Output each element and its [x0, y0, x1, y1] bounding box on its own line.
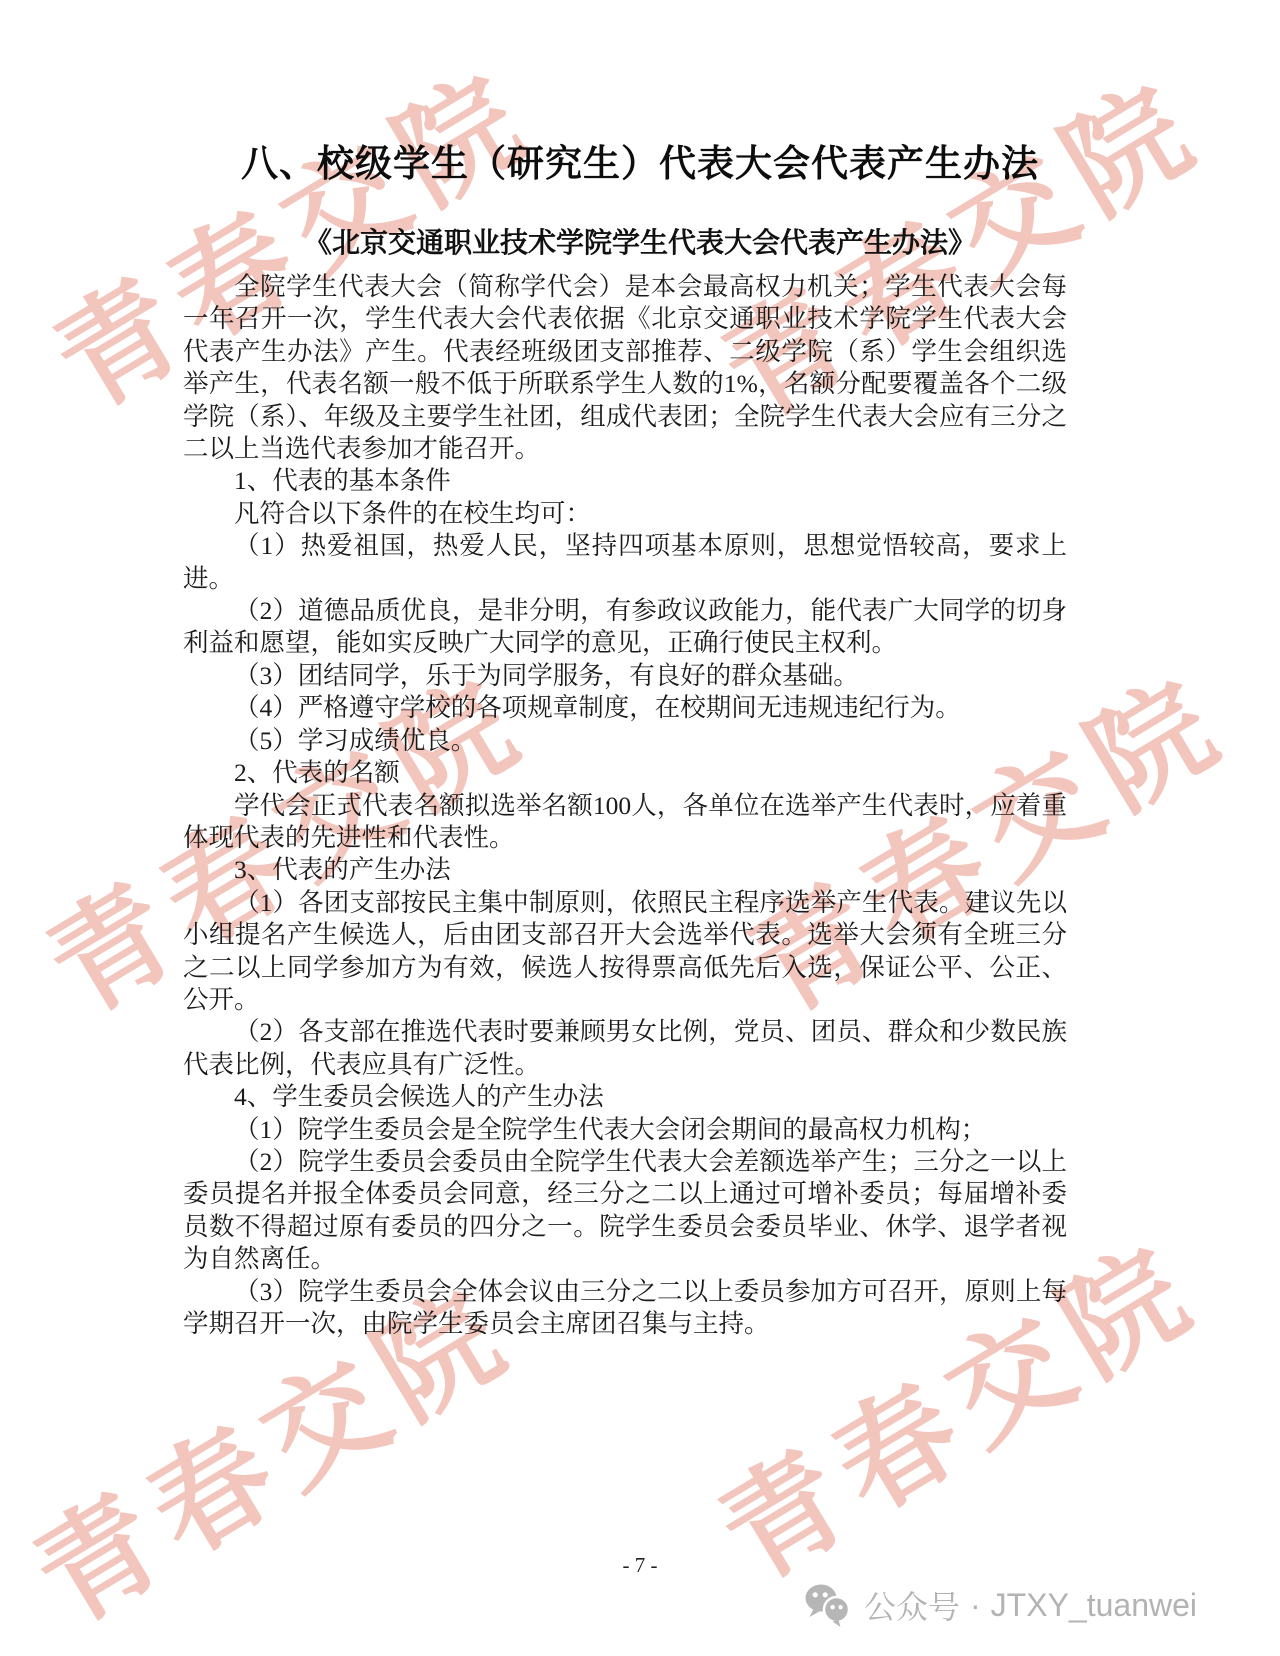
page-title: 八、校级学生（研究生）代表大会代表产生办法 [0, 133, 1280, 187]
paragraph: （2）院学生委员会委员由全院学生代表大会差额选举产生；三分之一以上委员提名并报全… [183, 1146, 1067, 1276]
account-id: JTXY_tuanwei [991, 1587, 1197, 1624]
paragraph: （3）团结同学，乐于为同学服务，有良好的群众基础。 [183, 660, 1067, 692]
paragraph: （3）院学生委员会全体会议由三分之二以上委员参加方可召开，原则上每学期召开一次，… [183, 1276, 1067, 1341]
paragraph: （2）各支部在推选代表时要兼顾男女比例，党员、团员、群众和少数民族代表比例，代表… [183, 1016, 1067, 1081]
paragraph: （1）各团支部按民主集中制原则，依照民主程序选举产生代表。建议先以小组提名产生候… [183, 887, 1067, 1017]
document-page: 青春交院 青春交院 青春交院 青春交院 青春交院 青春交院 八、校级学生（研究生… [0, 0, 1280, 1656]
document-body: 全院学生代表大会（简称学代会）是本会最高权力机关；学生代表大会每一年召开一次，学… [183, 271, 1067, 1340]
official-account-label: 公众号 [864, 1582, 960, 1628]
separator: · [970, 1587, 981, 1624]
document-subtitle: 《北京交通职业技术学院学生代表大会代表产生办法》 [0, 221, 1280, 261]
paragraph: （4）严格遵守学校的各项规章制度，在校期间无违规违纪行为。 [183, 692, 1067, 724]
paragraph: 全院学生代表大会（简称学代会）是本会最高权力机关；学生代表大会每一年召开一次，学… [183, 271, 1067, 465]
paragraph: （2）道德品质优良，是非分明，有参政议政能力，能代表广大同学的切身利益和愿望，能… [183, 595, 1067, 660]
page-number: - 7 - [0, 1553, 1280, 1578]
paragraph: （1）院学生委员会是全院学生代表大会闭会期间的最高权力机构； [183, 1114, 1067, 1146]
paragraph: 3、代表的产生办法 [183, 854, 1067, 886]
paragraph: （1）热爱祖国，热爱人民，坚持四项基本原则，思想觉悟较高，要求上进。 [183, 530, 1067, 595]
paragraph: 2、代表的名额 [183, 757, 1067, 789]
paragraph: 1、代表的基本条件 [183, 465, 1067, 497]
paragraph: 4、学生委员会候选人的产生办法 [183, 1081, 1067, 1113]
paragraph: 学代会正式代表名额拟选举名额100人，各单位在选举产生代表时，应着重体现代表的先… [183, 790, 1067, 855]
paragraph: （5）学习成绩优良。 [183, 725, 1067, 757]
wechat-icon [802, 1583, 854, 1627]
wechat-footer: 公众号 · JTXY_tuanwei [802, 1582, 1197, 1628]
paragraph: 凡符合以下条件的在校生均可： [183, 498, 1067, 530]
